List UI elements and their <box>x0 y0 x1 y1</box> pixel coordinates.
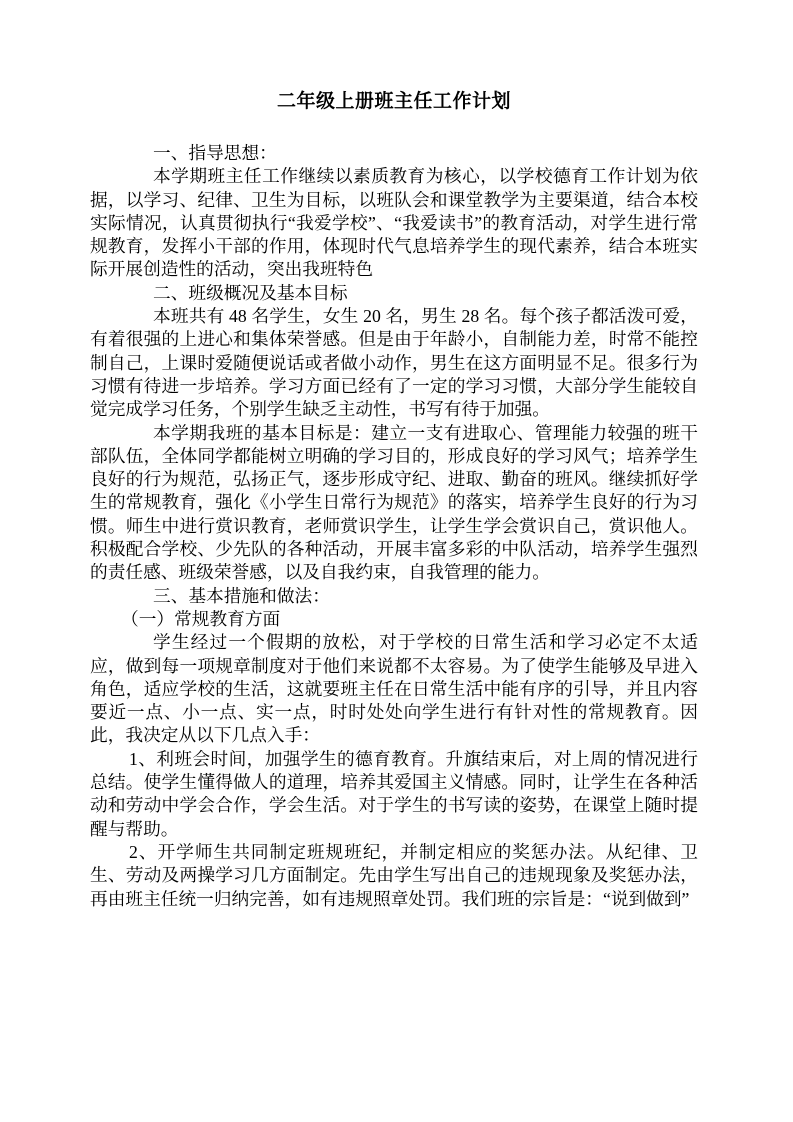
paragraph: 本班共有 48 名学生，女生 20 名，男生 28 名。每个孩子都活泼可爱，有着… <box>90 305 698 421</box>
document-page: 二年级上册班主任工作计划 一、指导思想：本学期班主任工作继续以素质教育为核心，以… <box>0 0 793 1122</box>
sub-heading: （一）常规教育方面 <box>90 608 698 631</box>
document-body: 一、指导思想：本学期班主任工作继续以素质教育为核心，以学校德育工作计划为依据，以… <box>90 142 698 911</box>
paragraph: 本学期我班的基本目标是：建立一支有进取心、管理能力较强的班干部队伍，全体同学都能… <box>90 422 698 585</box>
section-heading: 一、指导思想： <box>90 142 698 165</box>
paragraph: 本学期班主任工作继续以素质教育为核心，以学校德育工作计划为依据，以学习、纪律、卫… <box>90 165 698 281</box>
numbered-item: 1、利班会时间，加强学生的德育教育。升旗结束后，对上周的情况进行总结。使学生懂得… <box>90 748 698 841</box>
paragraph: 学生经过一个假期的放松，对于学校的日常生活和学习必定不太适应，做到每一项规章制度… <box>90 631 698 747</box>
numbered-item: 2、开学师生共同制定班规班纪，并制定相应的奖惩办法。从纪律、卫生、劳动及两操学习… <box>90 841 698 911</box>
section-heading: 二、班级概况及基本目标 <box>90 282 698 305</box>
section-heading: 三、基本措施和做法： <box>90 585 698 608</box>
document-title: 二年级上册班主任工作计划 <box>90 88 698 116</box>
document-content: 二年级上册班主任工作计划 一、指导思想：本学期班主任工作继续以素质教育为核心，以… <box>90 88 698 911</box>
